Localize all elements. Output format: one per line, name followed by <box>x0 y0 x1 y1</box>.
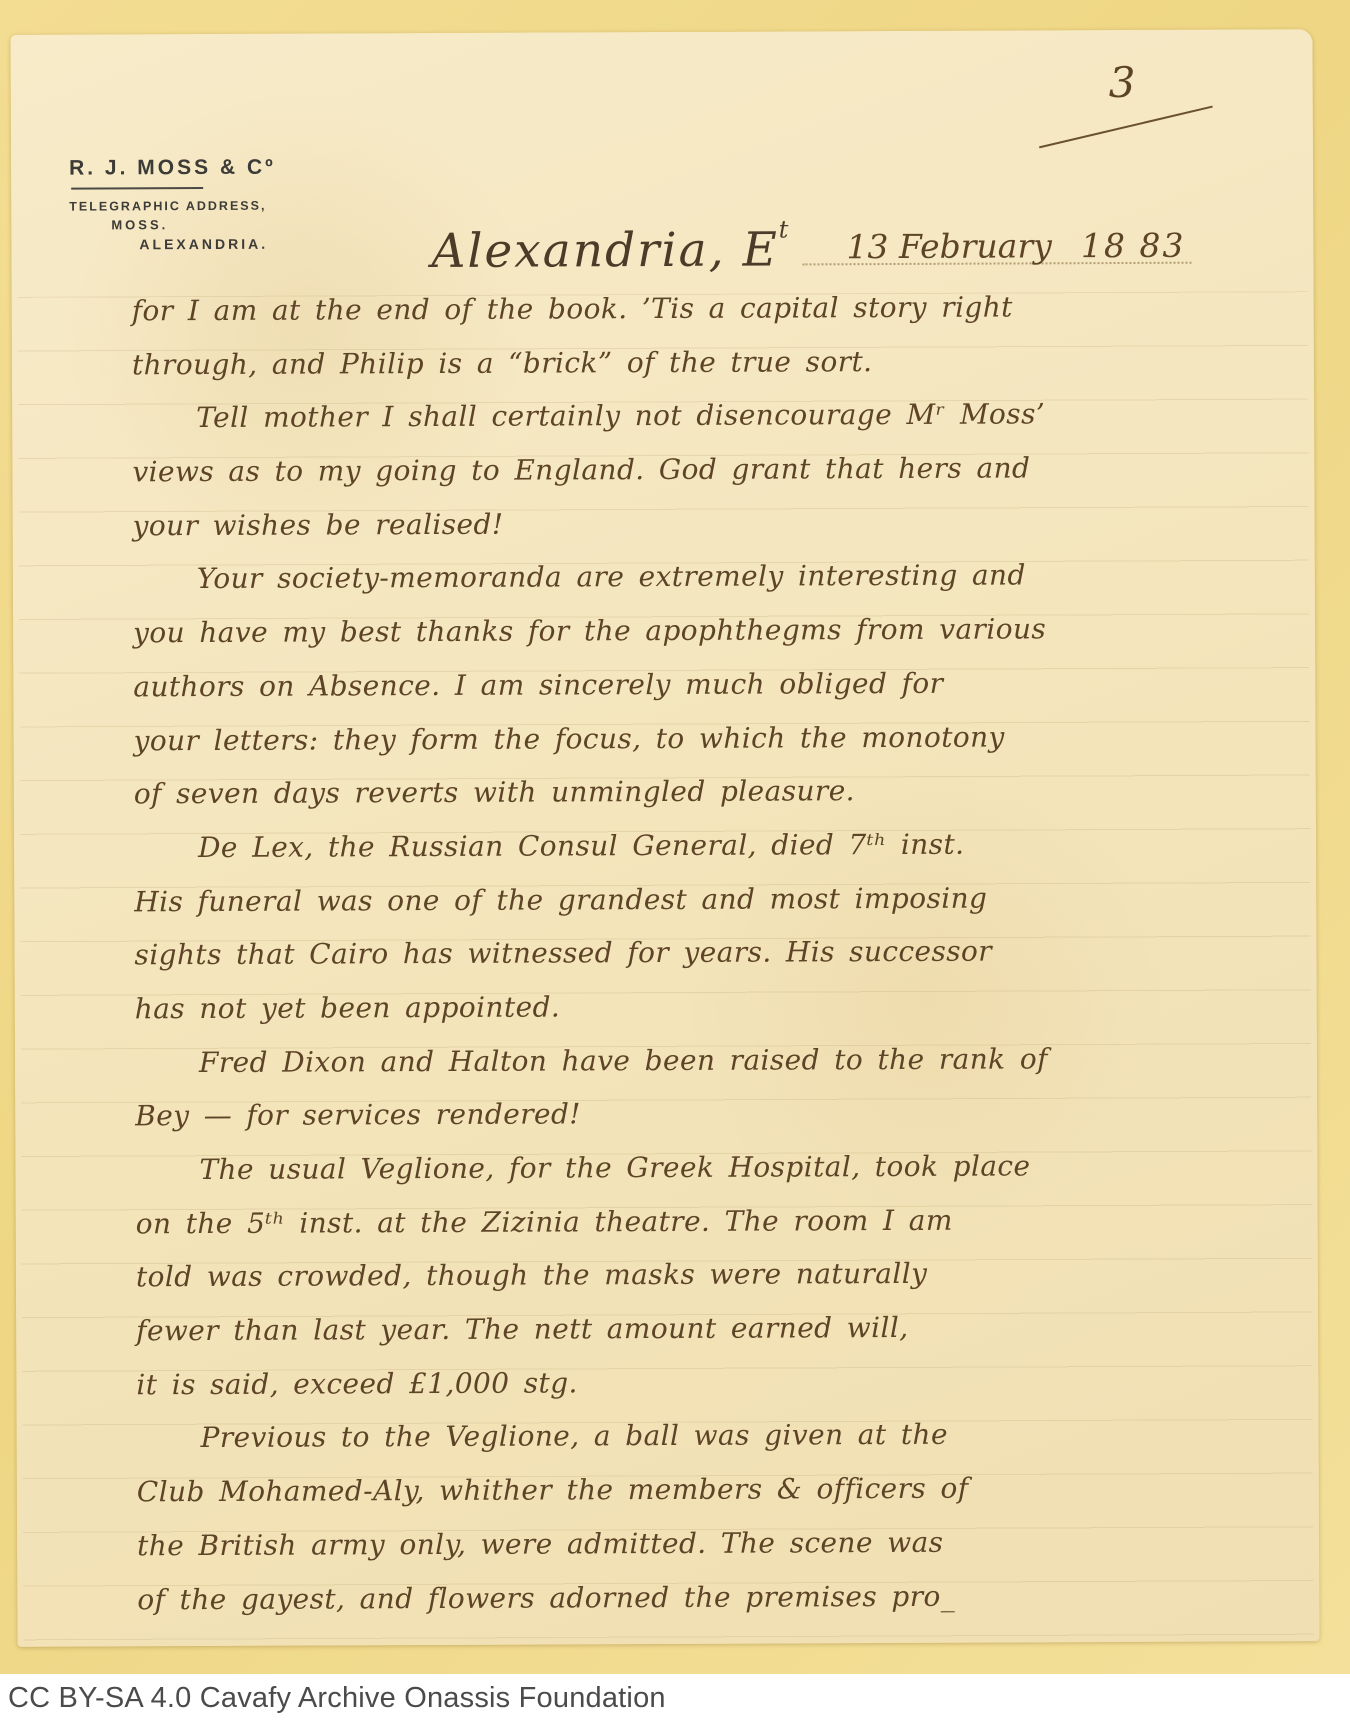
letter-line: it is said, exceed £1,000 stg. <box>136 1363 1241 1422</box>
letter-line: Previous to the Veglione, a ball was giv… <box>137 1417 1242 1476</box>
letter-line: your letters: they form the focus, to wh… <box>133 719 1238 778</box>
attribution-text: CC BY-SA 4.0 Cavafy Archive Onassis Foun… <box>0 1682 666 1715</box>
letter-line: views as to my going to England. God gra… <box>132 451 1237 510</box>
letter-line: sights that Cairo has witnessed for year… <box>134 934 1239 993</box>
attribution-bar: CC BY-SA 4.0 Cavafy Archive Onassis Foun… <box>0 1674 1350 1722</box>
date-rule-line: 13 February 18 83 <box>802 229 1191 266</box>
letterhead: R. J. MOSS & Cº TELEGRAPHIC ADDRESS, MOS… <box>69 156 299 253</box>
letterhead-company-name: R. J. MOSS & Cº <box>69 156 299 181</box>
printed-place-script: Alexandria, Et <box>431 217 788 275</box>
page-number: 3 <box>1109 58 1136 107</box>
letterhead-telegraphic-name: MOSS. <box>111 217 299 233</box>
letter-line: His funeral was one of the grandest and … <box>134 880 1239 939</box>
letter-line: has not yet been appointed. <box>135 987 1240 1046</box>
letter-line: De Lex, the Russian Consul General, died… <box>134 826 1239 885</box>
letter-line: through, and Philip is a “brick” of the … <box>132 343 1237 402</box>
letter-line: the British army only, were admitted. Th… <box>137 1524 1242 1583</box>
letterhead-divider <box>71 187 203 190</box>
letter-line: Fred Dixon and Halton have been raised t… <box>135 1041 1240 1100</box>
dateline: Alexandria, Et 13 February 18 83 <box>431 176 1191 275</box>
letter-line: of the gayest, and flowers adorned the p… <box>137 1578 1242 1637</box>
letter-line: of seven days reverts with unmingled ple… <box>134 773 1239 832</box>
letter-body: for I am at the end of the book. ’Tis a … <box>132 290 1243 1637</box>
scanned-letter-page: 3 R. J. MOSS & Cº TELEGRAPHIC ADDRESS, M… <box>0 0 1350 1722</box>
printed-place-text: Alexandria, E <box>431 222 779 279</box>
handwritten-year: 18 83 <box>1081 229 1186 262</box>
letterhead-telegraphic-label: TELEGRAPHIC ADDRESS, <box>69 199 299 214</box>
letter-line: fewer than last year. The nett amount ea… <box>136 1310 1241 1369</box>
handwritten-date: 13 February <box>846 229 1052 263</box>
letter-line: Club Mohamed-Aly, whither the members & … <box>137 1471 1242 1530</box>
letter-line: authors on Absence. I am sincerely much … <box>133 665 1238 724</box>
letter-line: Tell mother I shall certainly not disenc… <box>132 397 1237 456</box>
letterhead-telegraphic-city: ALEXANDRIA. <box>139 236 299 253</box>
letter-line: Your society-memoranda are extremely int… <box>133 558 1238 617</box>
letter-line: for I am at the end of the book. ’Tis a … <box>132 290 1237 349</box>
letter-line: your wishes be realised! <box>133 504 1238 563</box>
letter-line: on the 5ᵗʰ inst. at the Zizinia theatre.… <box>136 1202 1241 1261</box>
printed-place-superscript: t <box>779 215 789 243</box>
letter-line: told was crowded, though the masks were … <box>136 1256 1241 1315</box>
letter-line: Bey — for services rendered! <box>135 1095 1240 1154</box>
page-number-underline <box>1039 106 1213 149</box>
letter-line: you have my best thanks for the apophthe… <box>133 612 1238 671</box>
letter-paper: 3 R. J. MOSS & Cº TELEGRAPHIC ADDRESS, M… <box>10 29 1319 1647</box>
letter-line: The usual Veglione, for the Greek Hospit… <box>135 1148 1240 1207</box>
